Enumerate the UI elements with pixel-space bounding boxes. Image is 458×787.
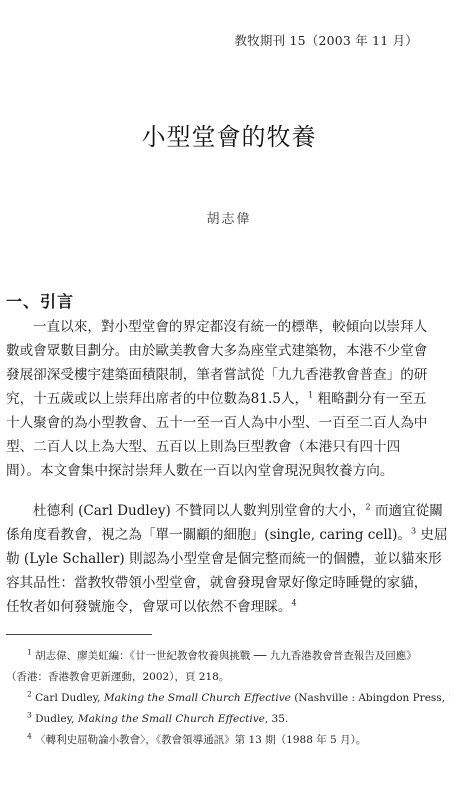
section-heading: 一、引言: [6, 289, 74, 312]
footnote-divider: [6, 634, 152, 635]
text-line: 任牧者如何發號施令，會眾可以依然不會理睬。4: [6, 595, 450, 619]
paragraph-2: 杜德利 (Carl Dudley) 不贊同以人數判別堂會的大小，2 而適宜從關 …: [6, 499, 450, 619]
book-title: Making the Small Church Effective: [78, 713, 265, 725]
footnote-text: 胡志偉、廖美虹編：《廿一世紀教會牧養與挑戰 ── 九九香港教會普查報告及回應》: [35, 650, 417, 662]
text-line: 容其品性：當教牧帶領小型堂會，就會發現會眾好像定時睡覺的家貓，: [6, 571, 450, 595]
footnote-1: 1 胡志偉、廖美虹編：《廿一世紀教會牧養與挑戰 ── 九九香港教會普查報告及回應…: [6, 646, 450, 667]
text-segment: 而適宜從關: [371, 503, 443, 519]
text-line: 十人聚會的為小型教會、五十一至一百人為中小型、一百至二百人為中: [6, 411, 450, 435]
text-line: 數或會眾數目劃分。由於歐美教會大多為座堂式建築物，本港不少堂會: [6, 339, 450, 363]
text-segment: 究，十五歲或以上崇拜出席者的中位數為81.5人，: [6, 391, 308, 407]
footnote-number: 3: [27, 711, 32, 720]
article-author: 胡志偉: [0, 208, 458, 227]
text-line: 一直以來，對小型堂會的界定都沒有統一的標準，較傾向以崇拜人: [6, 315, 450, 339]
text-line: 係角度看教會，視之為「單一關顧的細胞」(single, caring cell)…: [6, 523, 450, 547]
text-segment: 任牧者如何發號施令，會眾可以依然不會理睬。: [6, 599, 291, 615]
book-title: Making the Small Church Effective: [104, 692, 291, 704]
paragraph-1: 一直以來，對小型堂會的界定都沒有統一的標準，較傾向以崇拜人 數或會眾數目劃分。由…: [6, 315, 450, 483]
footnote-text: Dudley,: [35, 713, 78, 725]
text-line: 究，十五歲或以上崇拜出席者的中位數為81.5人，1 粗略劃分有一至五: [6, 387, 450, 411]
footnote-3: 3 Dudley, Making the Small Church Effect…: [6, 709, 450, 730]
text-segment: 係角度看教會，視之為「單一關顧的細胞」(single, caring cell)…: [6, 527, 411, 543]
footnote-text: (Nashville : Abingdon Press, 1978) , 19.: [291, 692, 450, 704]
footnote-text: , 35.: [265, 713, 288, 725]
text-segment: 杜德利 (Carl Dudley) 不贊同以人數判別堂會的大小，: [33, 503, 365, 519]
footnote-ref[interactable]: 4: [291, 598, 296, 607]
text-line: 杜德利 (Carl Dudley) 不贊同以人數判別堂會的大小，2 而適宜從關: [6, 499, 450, 523]
footnote-text: 〈轉利史屈勒論小教會〉，《教會領導通訊》第 13 期（1988 年 5 月）。: [35, 734, 366, 746]
footnote-text: Carl Dudley,: [35, 692, 104, 704]
footnote-4: 4 〈轉利史屈勒論小教會〉，《教會領導通訊》第 13 期（1988 年 5 月）…: [6, 730, 450, 751]
text-line: 間）。本文會集中探討崇拜人數在一百以內堂會現況與牧養方向。: [6, 459, 450, 483]
text-line: 勒 (Lyle Schaller) 則認為小型堂會是個完整而統一的個體，並以貓來…: [6, 547, 450, 571]
text-line: 型、二百人以上為大型、五百以上則為巨型教會（本港只有四十四: [6, 435, 450, 459]
footnote-number: 2: [27, 690, 32, 699]
footnote-number: 1: [27, 648, 32, 657]
running-head: 教牧期刊 15（2003 年 11 月）: [234, 31, 418, 49]
article-title: 小型堂會的牧養: [0, 117, 458, 152]
footnote-number: 4: [27, 732, 32, 741]
footnote-2: 2 Carl Dudley, Making the Small Church E…: [6, 688, 450, 709]
footnotes: 1 胡志偉、廖美虹編：《廿一世紀教會牧養與挑戰 ── 九九香港教會普查報告及回應…: [6, 646, 450, 751]
footnote-1-continued: （香港：香港教會更新運動，2002），頁 218。: [6, 667, 450, 688]
text-segment: 史屈: [416, 527, 448, 543]
text-line: 發展卻深受樓宇建築面積限制，筆者嘗試從「九九香港教會普查」的研: [6, 363, 450, 387]
text-segment: 粗略劃分有一至五: [313, 391, 426, 407]
